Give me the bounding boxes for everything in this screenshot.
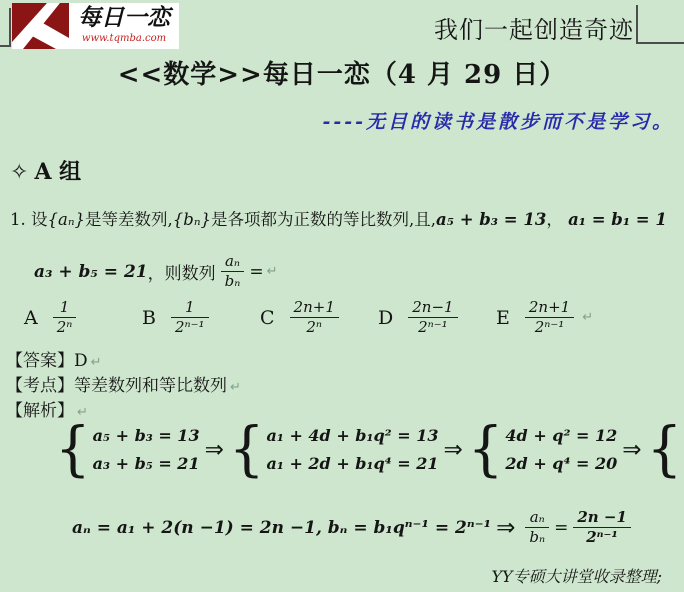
fraction-numerator: 2n−1 — [408, 298, 457, 318]
page-title: <<数学>>每日一恋（4 月 29 日） — [0, 54, 684, 91]
topic-value: 等差数列和等比数列 — [74, 376, 227, 396]
option-b: B 1 2ⁿ⁻¹ — [142, 298, 260, 337]
fraction-denominator: bₙ — [221, 272, 245, 291]
implies-arrow: ⇒ — [622, 437, 641, 463]
system-row: 4d + q² = 12 — [505, 422, 617, 450]
option-label: D — [378, 307, 393, 329]
fraction-denominator: 2ⁿ⁻¹ — [573, 528, 631, 547]
motto-text: ----无目的读书是散步而不是学习。 — [322, 107, 674, 134]
equation-a5-b3: a₅ + b₃ = 13 — [436, 210, 546, 229]
footer-credit: YY专硕大讲堂收录整理; — [491, 564, 662, 587]
equals-sign: = — [554, 518, 568, 538]
problem-number: 1. — [10, 210, 26, 229]
option-fraction: 2n−1 2ⁿ⁻¹ — [408, 298, 457, 337]
section-label: A 组 — [34, 159, 81, 185]
option-label: E — [496, 307, 510, 329]
option-fraction: 1 2ⁿ — [53, 298, 77, 337]
problem-text: 是等差数列, — [85, 210, 173, 229]
fraction-denominator: 2ⁿ — [53, 318, 77, 337]
implies-arrow: ⇒ — [444, 437, 463, 463]
section-heading: ✧A 组 — [10, 155, 81, 186]
topic-tag: 【考点】 — [6, 376, 74, 396]
fraction-numerator: 2n+1 — [525, 298, 574, 318]
problem-text: 是各项都为正数的等比数列,且, — [211, 210, 436, 229]
fraction-numerator: aₙ — [525, 508, 549, 528]
return-mark: ↵ — [582, 310, 593, 325]
site-logo: 每日一恋 www.tqmba.com — [12, 3, 179, 49]
problem-text: ， — [546, 210, 563, 229]
equation-system-2: { a₁ + 4d + b₁q² = 13 a₁ + 2d + b₁q⁴ = 2… — [229, 420, 439, 480]
header-border-left — [0, 8, 11, 47]
option-c: C 2n+1 2ⁿ — [260, 298, 378, 337]
logo-text-panel: 每日一恋 www.tqmba.com — [69, 3, 179, 49]
fraction-an-over-bn: aₙ bₙ — [221, 252, 245, 291]
logo-k-icon — [12, 3, 69, 49]
solution-systems-line: { a₅ + b₃ = 13 a₃ + b₅ = 21 ⇒ { a₁ + 4d … — [55, 420, 684, 480]
option-fraction: 1 2ⁿ⁻¹ — [171, 298, 209, 337]
implies-arrow: ⇒ — [205, 437, 224, 463]
final-equation-lhs: aₙ = a₁ + 2(n −1) = 2n −1, bₙ = b₁qⁿ⁻¹ =… — [72, 518, 491, 538]
option-label: B — [142, 307, 156, 329]
return-mark: ↵ — [230, 380, 241, 395]
option-d: D 2n−1 2ⁿ⁻¹ — [378, 298, 496, 337]
sequence-b-symbol: {bₙ} — [173, 210, 211, 229]
system-row: a₃ + b₅ = 21 — [93, 450, 200, 478]
fraction-numerator: 2n −1 — [573, 508, 631, 528]
left-brace: { — [229, 419, 265, 482]
return-mark: ↵ — [91, 355, 102, 370]
option-label: C — [260, 307, 275, 329]
sequence-a-symbol: {aₙ} — [48, 210, 86, 229]
equation-system-4: { d = 2 q = 2或−2(舍去） — [647, 420, 684, 480]
solution-final-line: aₙ = a₁ + 2(n −1) = 2n −1, bₙ = b₁qⁿ⁻¹ =… — [72, 508, 636, 547]
problem-text: ，则数列 — [148, 259, 216, 284]
header-border-right — [636, 5, 684, 44]
problem-text: 设 — [31, 210, 48, 229]
equation-system-1: { a₅ + b₃ = 13 a₃ + b₅ = 21 — [55, 420, 200, 480]
system-row: a₁ + 2d + b₁q⁴ = 21 — [267, 450, 439, 478]
left-brace: { — [55, 419, 91, 482]
fraction-denominator: 2ⁿ⁻¹ — [171, 318, 209, 337]
worksheet-page: 每日一恋 www.tqmba.com 我们一起创造奇迹 <<数学>>每日一恋（4… — [0, 0, 684, 592]
implies-arrow: ⇒ — [496, 515, 515, 541]
diamond-icon: ✧ — [10, 160, 28, 185]
equals-sign: = — [249, 262, 263, 282]
system-row: 2d + q⁴ = 20 — [505, 450, 617, 478]
equation-system-3: { 4d + q² = 12 2d + q⁴ = 20 — [468, 420, 618, 480]
answer-options-row: A 1 2ⁿ B 1 2ⁿ⁻¹ C 2n+1 2ⁿ D 2n−1 2ⁿ⁻¹ — [24, 298, 614, 337]
answer-tag: 【答案】 — [6, 351, 74, 371]
fraction-denominator: 2ⁿ — [290, 318, 339, 337]
fraction-numerator: 1 — [171, 298, 209, 318]
option-fraction: 2n+1 2ⁿ⁻¹ — [525, 298, 574, 337]
system-row: a₁ + 4d + b₁q² = 13 — [267, 422, 439, 450]
left-brace: { — [647, 419, 683, 482]
problem-statement-line2: a₃ + b₅ = 21 ，则数列 aₙ bₙ = ↵ — [34, 252, 277, 291]
option-label: A — [24, 307, 38, 329]
fraction-denominator: bₙ — [525, 528, 549, 547]
header-slogan: 我们一起创造奇迹 — [434, 10, 634, 45]
fraction-numerator: 1 — [53, 298, 77, 318]
equation-a1-b1: a₁ = b₁ = 1 — [568, 210, 667, 229]
fraction-denominator: 2ⁿ⁻¹ — [525, 318, 574, 337]
logo-brand-text: 每日一恋 — [72, 4, 176, 32]
fraction-numerator: aₙ — [221, 252, 245, 272]
logo-url-text: www.tqmba.com — [72, 32, 176, 45]
return-mark: ↵ — [267, 264, 278, 279]
topic-line: 【考点】等差数列和等比数列↵ — [6, 371, 241, 396]
fraction-numerator: 2n+1 — [290, 298, 339, 318]
option-a: A 1 2ⁿ — [24, 298, 142, 337]
equation-a3-b5: a₃ + b₅ = 21 — [34, 262, 148, 282]
answer-value: D — [74, 351, 88, 371]
fraction-result: 2n −1 2ⁿ⁻¹ — [573, 508, 631, 547]
system-row: a₅ + b₃ = 13 — [93, 422, 200, 450]
problem-statement-line1: 1. 设{aₙ}是等差数列,{bₙ}是各项都为正数的等比数列,且,a₅ + b₃… — [10, 206, 684, 230]
fraction-an-over-bn: aₙ bₙ — [525, 508, 549, 547]
option-e: E 2n+1 2ⁿ⁻¹ ↵ — [496, 298, 614, 337]
fraction-denominator: 2ⁿ⁻¹ — [408, 318, 457, 337]
option-fraction: 2n+1 2ⁿ — [290, 298, 339, 337]
answer-line: 【答案】D↵ — [6, 346, 102, 371]
left-brace: { — [468, 419, 504, 482]
